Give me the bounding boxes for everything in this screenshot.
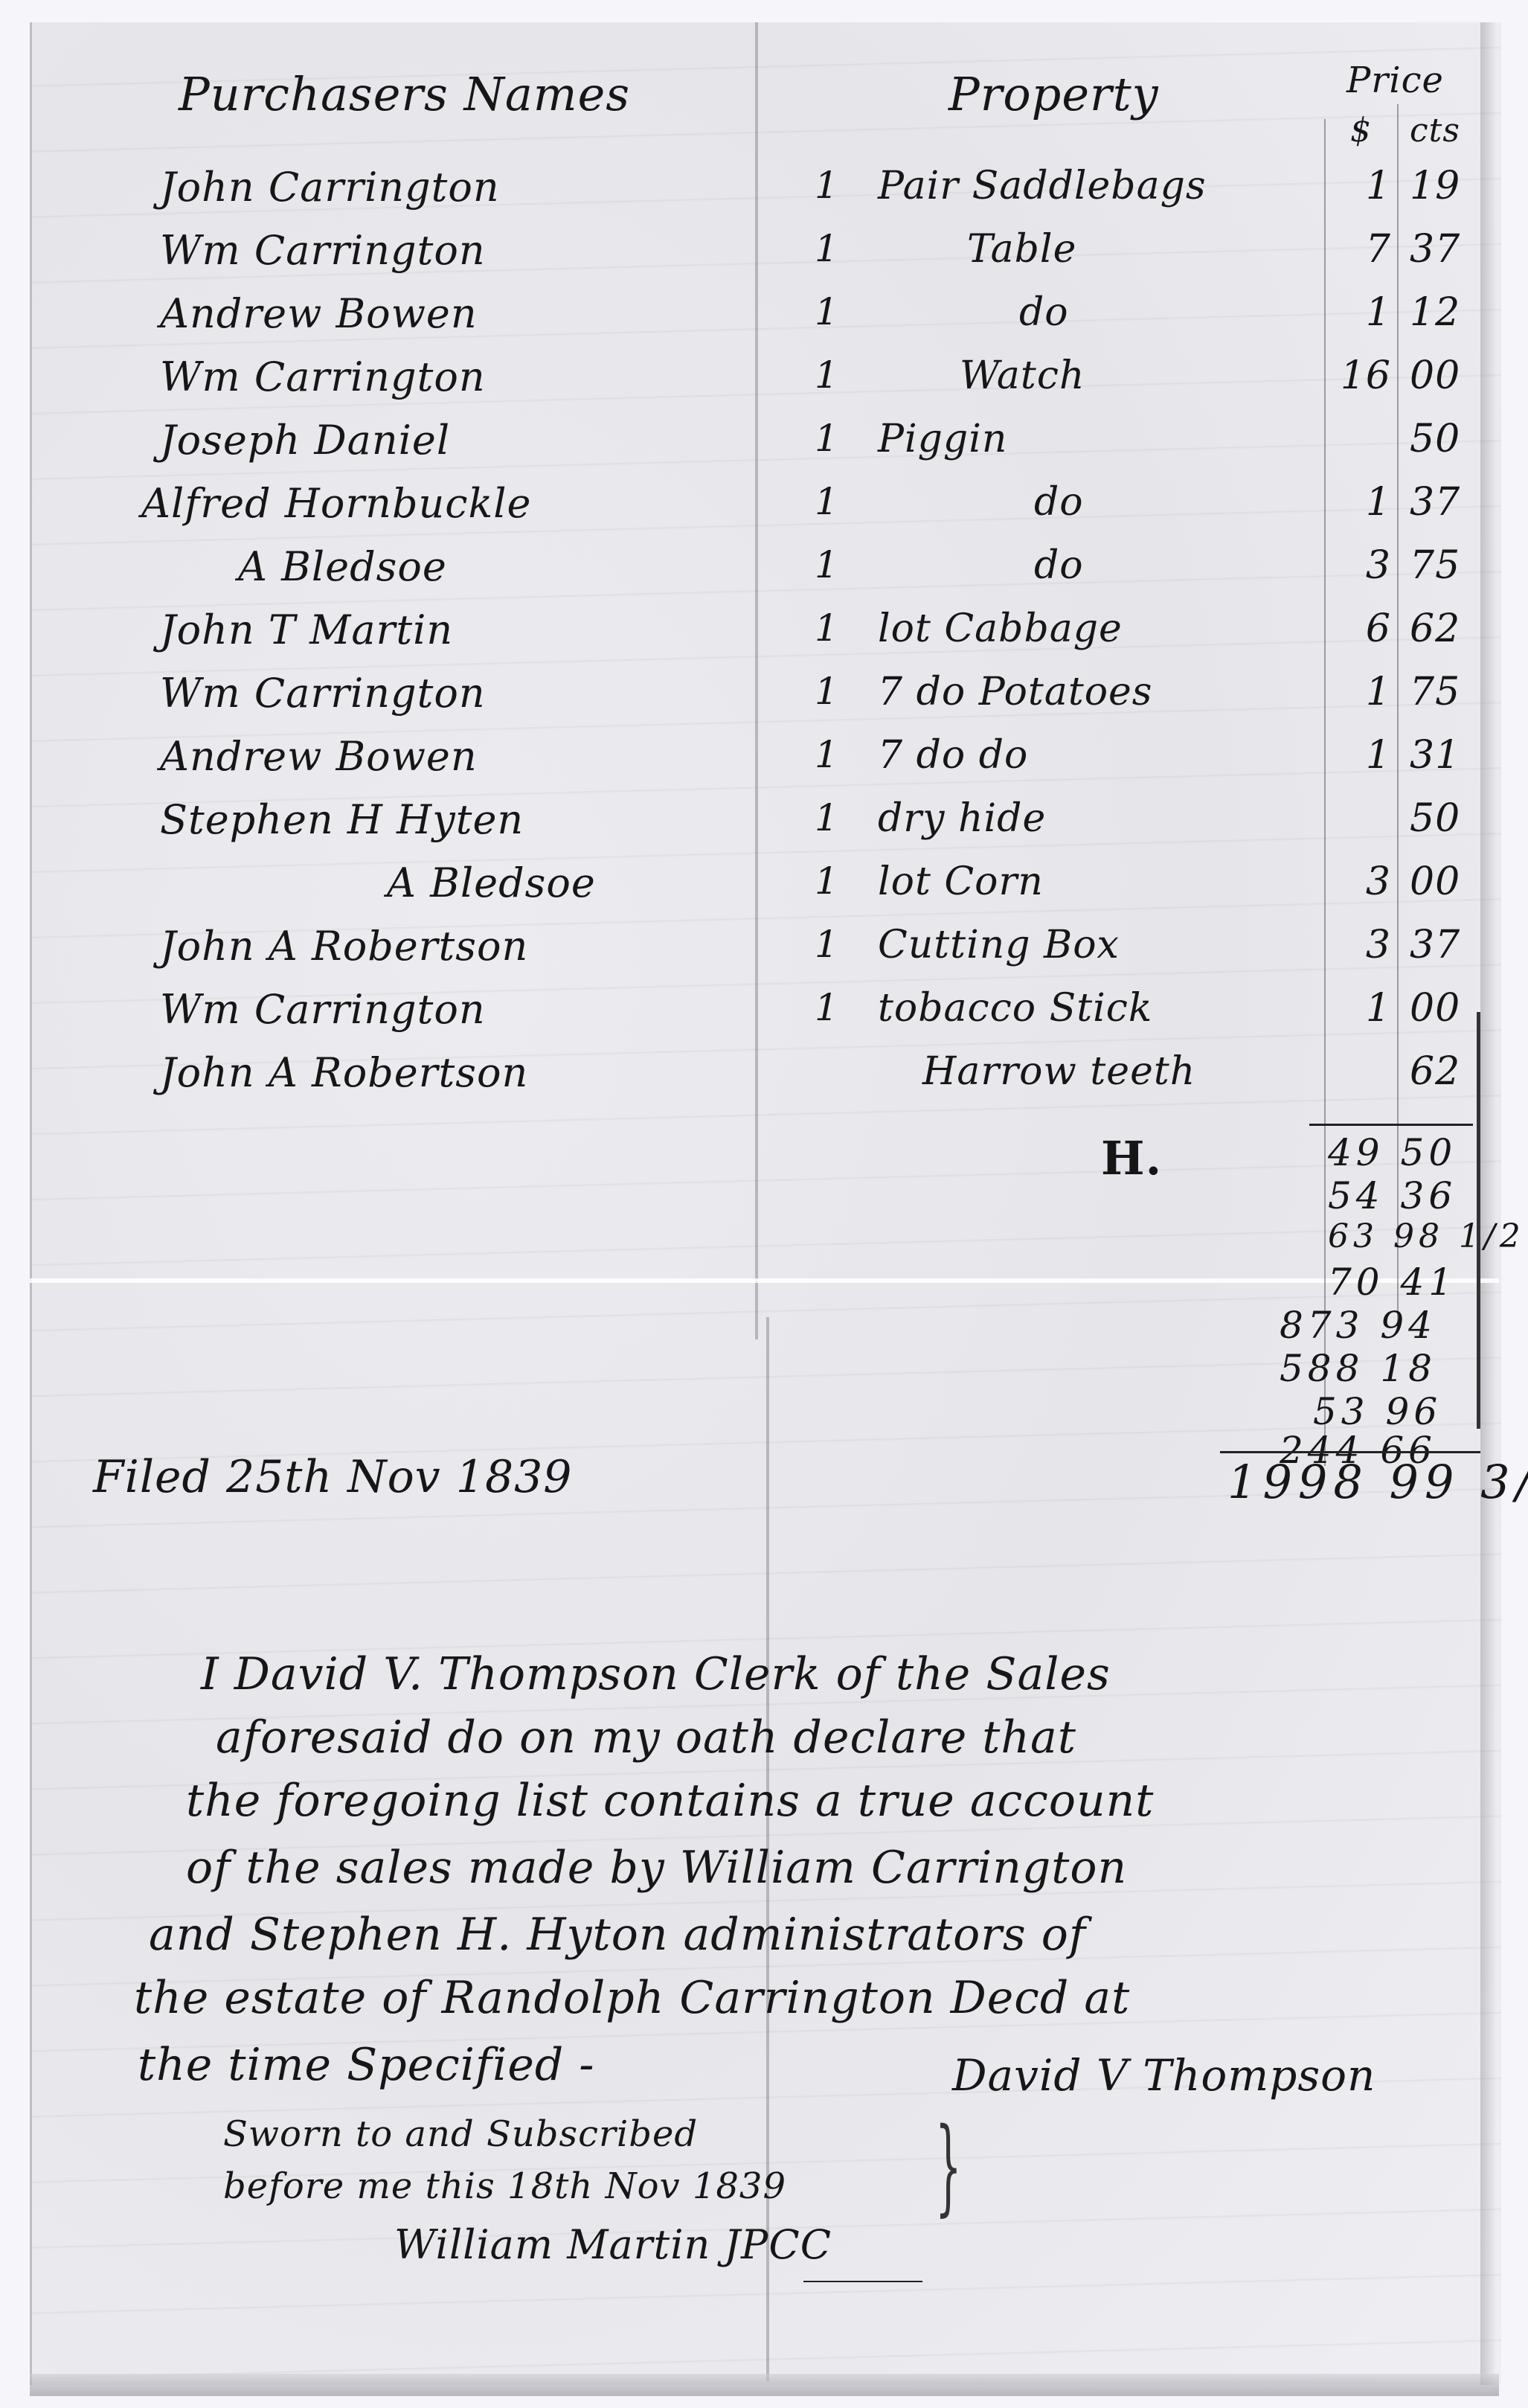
price-dollars: 3 [1332, 543, 1391, 588]
quantity: 1 [815, 859, 839, 903]
justice-signature: William Martin JPCC [394, 2221, 832, 2268]
price-cents: 37 [1410, 923, 1460, 967]
quantity: 1 [815, 353, 839, 397]
sale-row: A Bledsoe 1 do 3 75 [0, 543, 1528, 606]
quantity: 1 [815, 417, 839, 460]
price-dollars: 3 [1332, 859, 1391, 904]
declaration-line: and Stephen H. Hyton administrators of [149, 1909, 1086, 1961]
tally-cents: 18 [1380, 1347, 1436, 1390]
property-item: Pair Saddlebags [878, 164, 1207, 208]
price-dollars: 1 [1332, 164, 1391, 208]
price-dollars: 7 [1332, 227, 1391, 272]
quantity: 1 [815, 733, 839, 776]
price-cents: 00 [1410, 859, 1460, 904]
property-item: 7 do Potatoes [878, 670, 1152, 714]
property-item: dry hide [878, 796, 1046, 841]
quantity: 1 [815, 480, 839, 523]
quantity: 1 [815, 164, 839, 207]
quantity: 1 [815, 606, 839, 650]
purchaser-name: Wm Carrington [160, 986, 486, 1033]
price-cents: 37 [1410, 227, 1460, 272]
sale-row: A Bledsoe 1 lot Corn 3 00 [0, 859, 1528, 922]
header-purchasers: Purchasers Names [179, 67, 630, 121]
purchaser-name: Wm Carrington [160, 227, 486, 274]
sale-row: Alfred Hornbuckle 1 do 1 37 [0, 480, 1528, 542]
tally-cents: 36 [1401, 1174, 1457, 1217]
property-item: lot Corn [878, 859, 1044, 904]
purchaser-name: Joseph Daniel [160, 417, 450, 464]
header-dollars: $ [1350, 112, 1372, 150]
declaration-line: the time Specified - [138, 2039, 595, 2091]
quantity: 1 [815, 543, 839, 586]
filed-note: Filed 25th Nov 1839 [93, 1451, 572, 1503]
tally-row: 54 36 [1328, 1174, 1457, 1217]
property-item: tobacco Stick [878, 986, 1152, 1031]
property-item: do [1034, 480, 1084, 525]
jurat-brace: } [935, 2106, 962, 2227]
declaration-line: the estate of Randolph Carrington Decd a… [134, 1972, 1130, 2024]
fold-line-horizontal [30, 1278, 1499, 1283]
header-price: Price [1346, 60, 1444, 101]
price-dollars: 1 [1332, 670, 1391, 714]
sale-row: Wm Carrington 1 Watch 16 00 [0, 353, 1528, 416]
sale-row: Wm Carrington 1 Table 7 37 [0, 227, 1528, 289]
sale-row: Stephen H Hyten 1 dry hide 50 [0, 796, 1528, 859]
tally-dollars: 70 [1328, 1261, 1384, 1304]
sale-row: John Carrington 1 Pair Saddlebags 1 19 [0, 164, 1528, 226]
purchaser-name: Andrew Bowen [160, 290, 478, 337]
sale-row: Wm Carrington 1 tobacco Stick 1 00 [0, 986, 1528, 1048]
price-cents: 00 [1410, 986, 1460, 1031]
purchaser-name: John Carrington [160, 164, 500, 211]
page-mark: H. [1101, 1131, 1162, 1185]
price-dollars: 16 [1332, 353, 1391, 398]
jurat-line: before me this 18th Nov 1839 [223, 2165, 786, 2207]
tally-cents: 41 [1401, 1261, 1457, 1304]
property-item: 7 do do [878, 733, 1028, 778]
price-cents: 00 [1410, 353, 1460, 398]
price-dollars: 1 [1332, 986, 1391, 1031]
purchaser-name: A Bledsoe [238, 543, 447, 590]
purchaser-name: Stephen H Hyten [160, 796, 524, 843]
tally-dollars: 49 [1328, 1131, 1384, 1174]
sale-row: Joseph Daniel 1 Piggin 50 [0, 417, 1528, 479]
quantity: 1 [815, 923, 839, 966]
tally-cents: 96 [1386, 1390, 1442, 1433]
tally-dollars: 53 [1313, 1390, 1370, 1433]
tally-dollars: 54 [1328, 1174, 1384, 1217]
price-cents: 75 [1410, 670, 1460, 714]
sale-row: John A Robertson Harrow teeth 62 [0, 1049, 1528, 1112]
quantity: 1 [815, 227, 839, 270]
page-bottom-edge [30, 2374, 1499, 2396]
tally-cents: 98 1/2 [1393, 1217, 1525, 1255]
sale-row: Andrew Bowen 1 do 1 12 [0, 290, 1528, 353]
purchaser-name: John T Martin [160, 606, 453, 653]
tally-cents: 50 [1401, 1131, 1457, 1174]
grand-total: 1998 99 3/4 [1227, 1455, 1528, 1509]
property-item: Cutting Box [878, 923, 1120, 967]
property-item: Piggin [878, 417, 1007, 461]
tally-dollars: 63 [1328, 1217, 1378, 1255]
sale-row: Andrew Bowen 1 7 do do 1 31 [0, 733, 1528, 795]
property-item: Watch [960, 353, 1085, 398]
purchaser-name: John A Robertson [160, 923, 528, 970]
purchaser-name: Alfred Hornbuckle [141, 480, 532, 527]
price-cents: 62 [1410, 606, 1460, 651]
price-cents: 75 [1410, 543, 1460, 588]
tally-row: 873 94 [1280, 1304, 1436, 1347]
price-dollars: 1 [1332, 480, 1391, 525]
tally-row: 588 18 [1280, 1347, 1436, 1390]
price-cents: 19 [1410, 164, 1460, 208]
subtotal-rule [1309, 1124, 1473, 1126]
sale-row: John T Martin 1 lot Cabbage 6 62 [0, 606, 1528, 669]
purchaser-name: Wm Carrington [160, 353, 486, 400]
price-cents: 12 [1410, 290, 1460, 335]
price-cents: 50 [1410, 417, 1460, 461]
sale-row: John A Robertson 1 Cutting Box 3 37 [0, 923, 1528, 985]
declaration-line: the foregoing list contains a true accou… [186, 1775, 1154, 1827]
tally-cents: 94 [1380, 1304, 1436, 1347]
property-item: do [1019, 290, 1069, 335]
purchaser-name: Wm Carrington [160, 670, 486, 717]
signature-underline [803, 2281, 922, 2282]
sale-row: Wm Carrington 1 7 do Potatoes 1 75 [0, 670, 1528, 732]
quantity: 1 [815, 290, 839, 333]
declaration-line: of the sales made by William Carrington [186, 1842, 1127, 1894]
tally-row: 53 96 [1313, 1390, 1442, 1433]
price-cents: 31 [1410, 733, 1460, 778]
price-dollars: 6 [1332, 606, 1391, 651]
quantity: 1 [815, 670, 839, 713]
quantity: 1 [815, 796, 839, 839]
price-cents: 62 [1410, 1049, 1460, 1094]
property-item: Harrow teeth [922, 1049, 1195, 1094]
jurat-line: Sworn to and Subscribed [223, 2113, 698, 2155]
purchaser-name: Andrew Bowen [160, 733, 478, 780]
tally-dollars: 588 [1280, 1347, 1364, 1390]
property-item: do [1034, 543, 1084, 588]
tally-row: 49 50 [1328, 1131, 1457, 1174]
price-dollars: 1 [1332, 290, 1391, 335]
tally-dollars: 873 [1280, 1304, 1364, 1347]
tally-row: 63 98 1/2 [1328, 1217, 1525, 1255]
price-cents: 37 [1410, 480, 1460, 525]
property-item: Table [967, 227, 1076, 272]
grand-total-rule [1220, 1451, 1480, 1453]
header-property: Property [948, 67, 1159, 121]
property-item: lot Cabbage [878, 606, 1123, 651]
declaration-line: I David V. Thompson Clerk of the Sales [201, 1648, 1111, 1700]
clerk-signature: David V Thompson [952, 2050, 1375, 2101]
quantity: 1 [815, 986, 839, 1029]
price-dollars: 1 [1332, 733, 1391, 778]
price-cents: 50 [1410, 796, 1460, 841]
purchaser-name: A Bledsoe [387, 859, 596, 906]
header-cents: cts [1410, 112, 1460, 150]
price-dollars: 3 [1332, 923, 1391, 967]
declaration-line: aforesaid do on my oath declare that [216, 1711, 1076, 1764]
purchaser-name: John A Robertson [160, 1049, 528, 1096]
tally-row: 70 41 [1328, 1261, 1457, 1304]
